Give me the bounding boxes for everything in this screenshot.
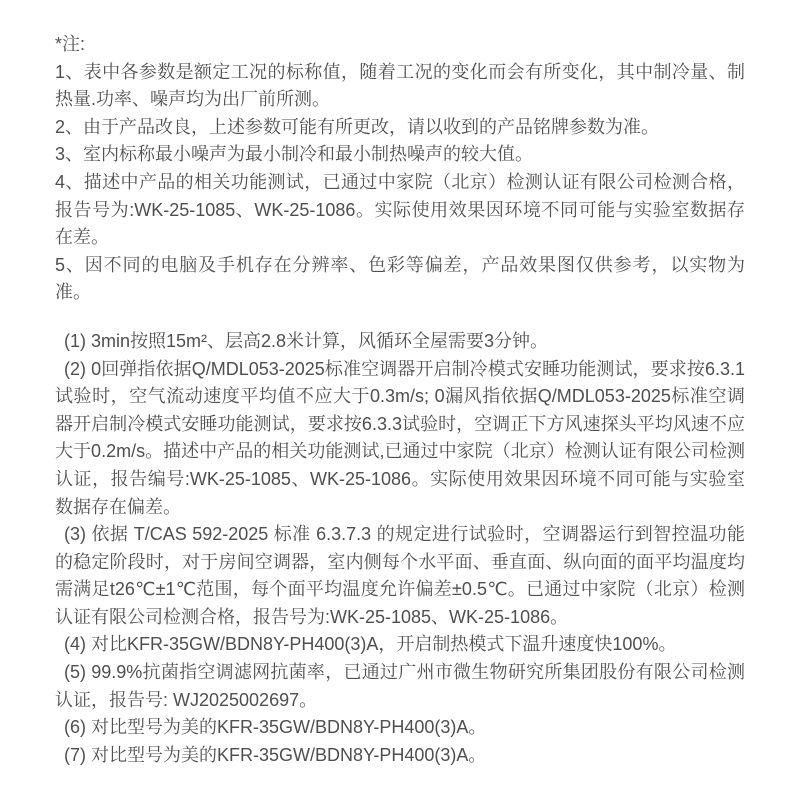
footnotes-section: (1) 3min按照15m²、层高2.8米计算，风循环全屋需要3分钟。 (2) … (55, 328, 745, 770)
note-item-3: 3、室内标称最小噪声为最小制冷和最小制热噪声的较大值。 (55, 141, 745, 169)
footnote-item-7: (7) 对比型号为美的KFR-35GW/BDN8Y-PH400(3)A。 (55, 742, 745, 770)
footnote-item-6: (6) 对比型号为美的KFR-35GW/BDN8Y-PH400(3)A。 (55, 714, 745, 742)
footnote-item-5: (5) 99.9%抗菌指空调滤网抗菌率，已通过广州市微生物研究所集团股份有限公司… (55, 659, 745, 714)
note-item-4: 4、描述中产品的相关功能测试，已通过中家院（北京）检测认证有限公司检测合格，报告… (55, 169, 745, 252)
footnote-item-1: (1) 3min按照15m²、层高2.8米计算，风循环全屋需要3分钟。 (55, 328, 745, 356)
footnote-item-3: (3) 依据 T/CAS 592-2025 标准 6.3.7.3 的规定进行试验… (55, 521, 745, 631)
footnote-item-2: (2) 0回弹指依据Q/MDL053-2025标准空调器开启制冷模式安睡功能测试… (55, 356, 745, 522)
product-notes-page: *注: 1、表中各参数是额定工况的标称值，随着工况的变化而会有所变化，其中制冷量… (0, 0, 790, 809)
notes-section: *注: 1、表中各参数是额定工况的标称值，随着工况的变化而会有所变化，其中制冷量… (55, 31, 745, 307)
footnote-item-4: (4) 对比KFR-35GW/BDN8Y-PH400(3)A，开启制热模式下温升… (55, 631, 745, 659)
note-item-2: 2、由于产品改良，上述参数可能有所更改，请以收到的产品铭牌参数为准。 (55, 114, 745, 142)
note-item-1: 1、表中各参数是额定工况的标称值，随着工况的变化而会有所变化，其中制冷量、制热量… (55, 59, 745, 114)
notes-header: *注: (55, 31, 745, 59)
note-item-5: 5、因不同的电脑及手机存在分辨率、色彩等偏差，产品效果图仅供参考，以实物为准。 (55, 252, 745, 307)
